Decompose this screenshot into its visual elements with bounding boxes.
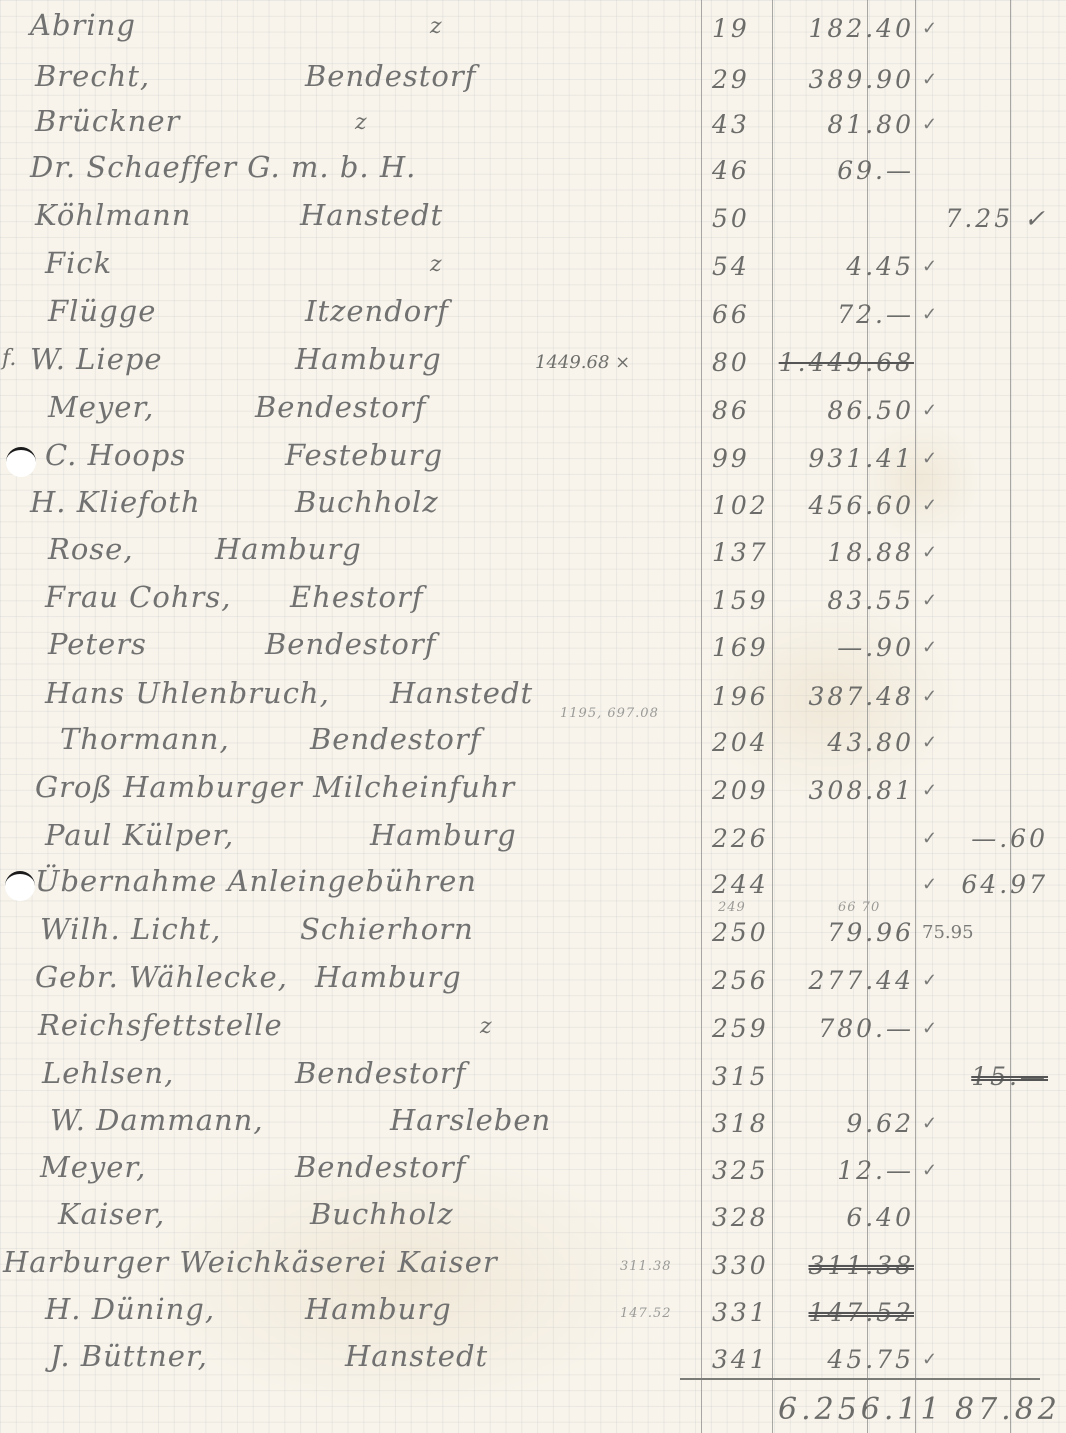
entry-place: Hanstedt [390, 676, 533, 710]
entry-folio: 325 [712, 1156, 770, 1185]
check-mark: ✓ [922, 18, 937, 39]
ledger-row: Brücknerz4381.80✓ [0, 104, 1066, 144]
entry-name: Übernahme Anleingebühren [35, 864, 477, 898]
check-mark: ✓ [922, 304, 937, 325]
ledger-row: Paul Külper,Hamburg226✓—.60 [0, 818, 1066, 858]
entry-folio: 46 [712, 156, 770, 185]
entry-name: H. Düning, [45, 1292, 215, 1326]
entry-amount: 12.— [837, 1156, 914, 1185]
ledger-row: Frau Cohrs,Ehestorf15983.55✓ [0, 580, 1066, 620]
ledger-row: KöhlmannHanstedt507.25 ✓ [0, 198, 1066, 238]
entry-place: Bendestorf [295, 1056, 466, 1090]
ledger-row: Groß Hamburger Milcheinfuhr209308.81✓ [0, 770, 1066, 810]
entry-amount: 69.— [837, 156, 914, 185]
entry-amount: 81.80 [827, 110, 914, 139]
entry-name: Brecht, [35, 59, 150, 93]
ledger-row: J. Büttner,Hanstedt34145.75✓ [0, 1339, 1066, 1379]
entry-amount: 277.44 [809, 966, 914, 995]
entry-place: Ehestorf [290, 580, 424, 614]
entry-name: C. Hoops [45, 438, 186, 472]
entry-folio: 250 [712, 918, 770, 947]
ledger-row: H. KliefothBuchholz102456.60✓ [0, 485, 1066, 525]
entry-amount: 931.41 [809, 444, 914, 473]
check-mark: ✓ [922, 69, 937, 90]
entry-name: Lehlsen, [42, 1056, 174, 1090]
entry-amount: 83.55 [827, 586, 914, 615]
entry-folio: 102 [712, 491, 770, 520]
entry-amount: 456.60 [809, 491, 914, 520]
other-total: 87.82 [955, 1392, 1061, 1427]
entry-place: Hanstedt [300, 198, 443, 232]
entry-name: Brückner [35, 104, 180, 138]
entry-amount: 9.62 [846, 1109, 914, 1138]
entry-folio: 80 [712, 348, 770, 377]
entry-amount: —.90 [837, 633, 914, 662]
entry-amount: 389.90 [809, 65, 914, 94]
entry-folio: 318 [712, 1109, 770, 1138]
entry-place: Bendestorf [305, 59, 476, 93]
entry-folio: 50 [712, 204, 770, 233]
entry-name: Harburger Weichkäserei Kaiser [3, 1245, 498, 1279]
entry-folio: 331 [712, 1298, 770, 1327]
entry-amount: 18.88 [827, 538, 914, 567]
entry-name: Gebr. Wählecke, [35, 960, 288, 994]
side-note: 311.38 [620, 1259, 672, 1274]
entry-name: Meyer, [48, 390, 154, 424]
entry-folio: 330 [712, 1251, 770, 1280]
ledger-row: Lehlsen,Bendestorf31515.— [0, 1056, 1066, 1096]
entry-name: Peters [48, 627, 147, 661]
entry-amount: 780.— [818, 1014, 914, 1043]
entry-folio: 328 [712, 1203, 770, 1232]
ledger-row: FlüggeItzendorf6672.—✓ [0, 294, 1066, 334]
entry-amount: 43.80 [827, 728, 914, 757]
entry-other-amount: 64.97 [961, 870, 1048, 899]
ledger-row: Harburger Weichkäserei Kaiser330311.3831… [0, 1245, 1066, 1285]
entry-folio: 137 [712, 538, 770, 567]
ledger-row: C. HoopsFesteburg99931.41✓ [0, 438, 1066, 478]
check-mark: ✓ [922, 828, 937, 849]
check-mark: ✓ [922, 1018, 937, 1039]
entry-amount: 182.40 [809, 14, 914, 43]
entry-amount: 45.75 [827, 1345, 914, 1374]
ledger-row: Hans Uhlenbruch,Hanstedt196387.48✓1195, … [0, 676, 1066, 716]
entry-folio: 159 [712, 586, 770, 615]
check-mark: ✓ [922, 970, 937, 991]
entry-amount: 4.45 [846, 252, 914, 281]
ledger-row: Wilh. Licht,Schierhorn25024979.9666 7075… [0, 912, 1066, 952]
ledger-row: W. LiepeHamburgf.801.449.681449.68 × [0, 342, 1066, 382]
side-note: 1449.68 × [535, 352, 630, 373]
entry-place: Bendestorf [255, 390, 426, 424]
amount-note: 66 70 [838, 900, 880, 915]
entry-place: Hamburg [370, 818, 517, 852]
entry-folio: 54 [712, 252, 770, 281]
ledger-row: PetersBendestorf169—.90✓ [0, 627, 1066, 667]
entry-place: Hamburg [315, 960, 462, 994]
entry-amount: 311.38 [809, 1251, 914, 1280]
entry-name: Groß Hamburger Milcheinfuhr [35, 770, 515, 804]
check-mark: 75.95 [922, 922, 974, 943]
entry-folio: 204 [712, 728, 770, 757]
ditto-mark: z [430, 14, 442, 39]
entry-place: Bendestorf [310, 722, 481, 756]
check-mark: ✓ [922, 732, 937, 753]
check-mark: ✓ [922, 1113, 937, 1134]
check-mark: ✓ [922, 780, 937, 801]
entry-folio: 259 [712, 1014, 770, 1043]
check-mark: ✓ [922, 400, 937, 421]
entry-folio: 244 [712, 870, 770, 899]
ledger-row: Dr. Schaeffer G. m. b. H.4669.— [0, 150, 1066, 190]
entry-other-amount: 7.25 ✓ [945, 204, 1048, 233]
ledger-row: W. Dammann,Harsleben3189.62✓ [0, 1103, 1066, 1143]
entry-place: Buchholz [310, 1197, 454, 1231]
entry-place: Hamburg [305, 1292, 452, 1326]
entry-folio: 99 [712, 444, 770, 473]
ledger-row: Meyer,Bendestorf32512.—✓ [0, 1150, 1066, 1190]
entry-place: Hamburg [215, 532, 362, 566]
entry-place: Festeburg [285, 438, 443, 472]
entry-name: Abring [30, 8, 136, 42]
margin-mark: f. [2, 346, 16, 371]
check-mark: ✓ [922, 1349, 937, 1370]
entry-other-amount: —.60 [971, 824, 1048, 853]
amount-total: 6.256.11 [778, 1392, 944, 1427]
ledger-row: Brecht,Bendestorf29389.90✓ [0, 59, 1066, 99]
ledger-row: Rose,Hamburg13718.88✓ [0, 532, 1066, 572]
entry-folio: 29 [712, 65, 770, 94]
entry-amount: 72.— [837, 300, 914, 329]
entry-name: W. Dammann, [50, 1103, 264, 1137]
ditto-mark: z [430, 252, 442, 277]
check-mark: ✓ [922, 256, 937, 277]
side-note: 147.52 [620, 1306, 672, 1321]
check-mark: ✓ [922, 590, 937, 611]
entry-folio: 341 [712, 1345, 770, 1374]
check-mark: ✓ [922, 637, 937, 658]
entry-place: Harsleben [390, 1103, 551, 1137]
entry-amount: 86.50 [827, 396, 914, 425]
entry-place: Bendestorf [265, 627, 436, 661]
folio-note: 249 [718, 900, 746, 915]
check-mark: ✓ [922, 686, 937, 707]
entry-folio: 226 [712, 824, 770, 853]
check-mark: ✓ [922, 542, 937, 563]
side-note: 1195, 697.08 [560, 706, 659, 721]
entry-place: Hanstedt [345, 1339, 488, 1373]
ledger-row: Abringz19182.40✓ [0, 8, 1066, 48]
entry-place: Buchholz [295, 485, 439, 519]
entry-place: Itzendorf [305, 294, 449, 328]
ledger-row: Kaiser,Buchholz3286.40 [0, 1197, 1066, 1237]
ditto-mark: z [480, 1014, 492, 1039]
check-mark: ✓ [922, 114, 937, 135]
ledger-row: Gebr. Wählecke,Hamburg256277.44✓ [0, 960, 1066, 1000]
check-mark: ✓ [922, 448, 937, 469]
entry-name: Dr. Schaeffer G. m. b. H. [30, 150, 416, 184]
ditto-mark: z [355, 110, 367, 135]
check-mark: ✓ [922, 1160, 937, 1181]
entry-name: Köhlmann [35, 198, 191, 232]
entry-folio: 196 [712, 682, 770, 711]
entry-amount: 6.40 [846, 1203, 914, 1232]
ledger-row: H. Düning,Hamburg331147.52147.52 [0, 1292, 1066, 1332]
entry-amount: 147.52 [809, 1298, 914, 1327]
ledger-row: Thormann,Bendestorf20443.80✓ [0, 722, 1066, 762]
entry-name: Thormann, [60, 722, 230, 756]
entry-folio: 19 [712, 14, 770, 43]
ledger-row: Meyer,Bendestorf8686.50✓ [0, 390, 1066, 430]
entry-name: Paul Külper, [45, 818, 234, 852]
entry-amount: 1.449.68 [779, 348, 914, 377]
entry-place: Schierhorn [300, 912, 474, 946]
entry-folio: 86 [712, 396, 770, 425]
entry-amount: 79.96 [827, 918, 914, 947]
entry-folio: 43 [712, 110, 770, 139]
entry-name: Rose, [48, 532, 134, 566]
ledger-row: Fickz544.45✓ [0, 246, 1066, 286]
entry-name: J. Büttner, [50, 1339, 208, 1373]
entry-name: Meyer, [40, 1150, 146, 1184]
entry-folio: 256 [712, 966, 770, 995]
entry-name: Hans Uhlenbruch, [45, 676, 330, 710]
entry-folio: 209 [712, 776, 770, 805]
entry-place: Hamburg [295, 342, 442, 376]
entry-folio: 66 [712, 300, 770, 329]
entry-name: W. Liepe [30, 342, 163, 376]
entry-name: Frau Cohrs, [45, 580, 231, 614]
check-mark: ✓ [922, 874, 937, 895]
entry-place: Bendestorf [295, 1150, 466, 1184]
check-mark: ✓ [922, 495, 937, 516]
entry-folio: 315 [712, 1062, 770, 1091]
entry-name: Wilh. Licht, [40, 912, 221, 946]
entry-name: H. Kliefoth [30, 485, 201, 519]
ledger-row: Reichsfettstellez259780.—✓ [0, 1008, 1066, 1048]
ledger-row: Übernahme Anleingebühren244✓64.97 [0, 864, 1066, 904]
entry-folio: 169 [712, 633, 770, 662]
entry-name: Reichsfettstelle [38, 1008, 283, 1042]
entry-other-amount: 15.— [971, 1062, 1048, 1091]
entry-name: Flügge [48, 294, 156, 328]
entry-name: Fick [45, 246, 112, 280]
entry-amount: 387.48 [809, 682, 914, 711]
entry-amount: 308.81 [809, 776, 914, 805]
entry-name: Kaiser, [58, 1197, 165, 1231]
